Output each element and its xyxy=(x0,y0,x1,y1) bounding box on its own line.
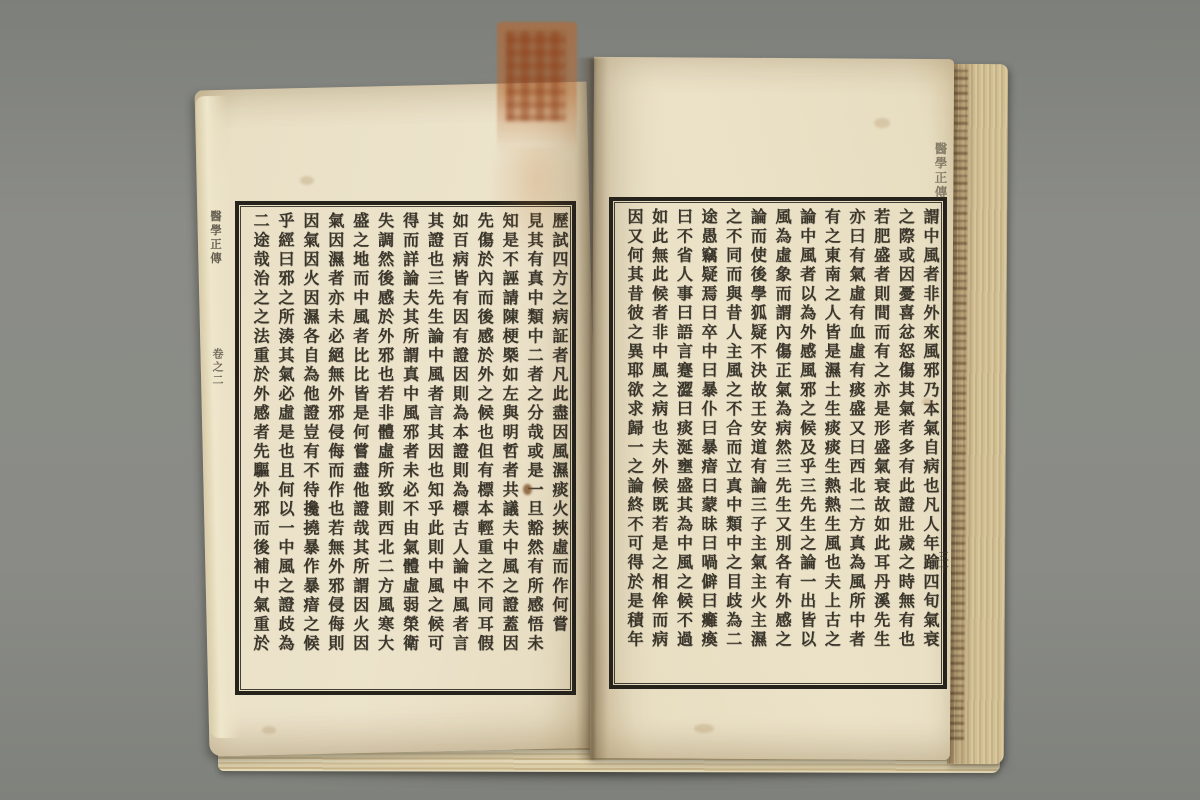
text-column: 風為虛象而謂內傷正氣為病然三先生又別各有外感之 xyxy=(766,208,790,679)
left-page-text-frame: 歷試四方之病証者凡此盡因風濕痰火挾虛而作何嘗 見其有真中類中二者之分哉或是一旦豁… xyxy=(235,201,576,695)
left-edge-running-title: 醫學正傳 xyxy=(207,210,224,266)
text-column: 論而使後學狐疑不決故王安道有論三子主氣主火主濕 xyxy=(741,208,765,679)
text-column: 曰不省人事曰語言蹇澀曰痰涎壅盛其為中風之候不過 xyxy=(667,208,691,679)
book-photograph: 謂中風者非外來風邪乃本氣自病也凡人年踰四旬氣衰 之際或因憂喜忿怒傷其氣者多有此證… xyxy=(0,0,1200,800)
text-column: 有之東南之人皆是濕土生痰痰生熱熱生風也夫上古之 xyxy=(815,208,839,679)
right-page-columns: 謂中風者非外來風邪乃本氣自病也凡人年踰四旬氣衰 之際或因憂喜忿怒傷其氣者多有此證… xyxy=(618,208,938,679)
text-column: 乎經曰邪之所湊其氣必虛是也且何以一中風之證歧為 xyxy=(269,212,293,685)
text-column: 途愚竊疑焉曰卒中曰暴仆曰暴瘖曰蒙昧曰喎僻曰癱瘓 xyxy=(692,208,716,679)
text-column: 如百病皆有因有證因則為本證則為標古人論中風者言 xyxy=(443,212,467,685)
text-column: 論中風者以為外感風邪之候及乎三先生之論一出皆以 xyxy=(791,208,815,679)
left-edge-volume-label: 卷之二 xyxy=(209,348,225,387)
text-column: 先傷於內而後感於外之候也但有標本輕重之不同耳假 xyxy=(468,212,492,685)
text-column: 盛之地而中風者比比皆是何嘗盡他證哉其所謂因火因 xyxy=(344,212,368,685)
text-column: 若肥盛者則間而有之亦是形盛氣衰故如此耳丹溪先生 xyxy=(865,208,889,679)
text-column: 二途哉治之之法重於外感者先驅外邪而後補中氣重於 xyxy=(244,212,268,685)
text-column: 氣因濕者亦未必絕無外邪侵侮而作也若無外邪侵侮則 xyxy=(319,212,343,685)
text-column: 歷試四方之病証者凡此盡因風濕痰火挾虛而作何嘗 xyxy=(543,212,567,685)
right-fold-folio-number: 三十 xyxy=(936,551,951,574)
text-column: 失調然後感於外邪也若非體虛所致則西北二方風寒大 xyxy=(369,212,393,685)
text-column: 之際或因憂喜忿怒傷其氣者多有此證壯歲之時無有也 xyxy=(889,208,913,679)
right-fold-running-title: 醫學正傳 xyxy=(934,142,949,200)
text-column: 得而詳論夫其所謂真中風邪者未必不由氣體虛弱榮衛 xyxy=(393,212,417,685)
fore-edge-page-stack xyxy=(947,64,1008,764)
text-column: 亦曰有氣虛有血虛有痰盛又曰西北二方真為風所中者 xyxy=(840,208,864,679)
text-column: 因又何其昔彼之異耶欲求歸一之論終不可得於是積年 xyxy=(618,208,642,679)
left-page-columns: 歷試四方之病証者凡此盡因風濕痰火挾虛而作何嘗 見其有真中類中二者之分哉或是一旦豁… xyxy=(244,212,567,685)
text-column: 因氣因火因濕各自為他證豈有不待攙撓暴作暴瘖之候 xyxy=(294,212,318,685)
text-column: 之不同而與昔人主風之不合而立真中類中之目歧為二 xyxy=(717,208,741,679)
right-page-text-frame: 謂中風者非外來風邪乃本氣自病也凡人年踰四旬氣衰 之際或因憂喜忿怒傷其氣者多有此證… xyxy=(609,197,947,689)
text-column: 知是不誣請陳梗槩如左與明哲者共議夫中風之證蓋因 xyxy=(493,212,517,685)
text-column: 如此無此候者非中風之病也夫外候既若是之相侔而病 xyxy=(643,208,667,679)
text-column: 謂中風者非外來風邪乃本氣自病也凡人年踰四旬氣衰 xyxy=(914,208,938,679)
text-column: 其證也三先生論中風者言其因也知乎此則中風之候可 xyxy=(418,212,442,685)
collection-seal xyxy=(497,22,577,152)
text-column: 見其有真中類中二者之分哉或是一旦豁然有所感悟未 xyxy=(518,212,542,685)
seal-ink-smudge xyxy=(490,148,580,260)
